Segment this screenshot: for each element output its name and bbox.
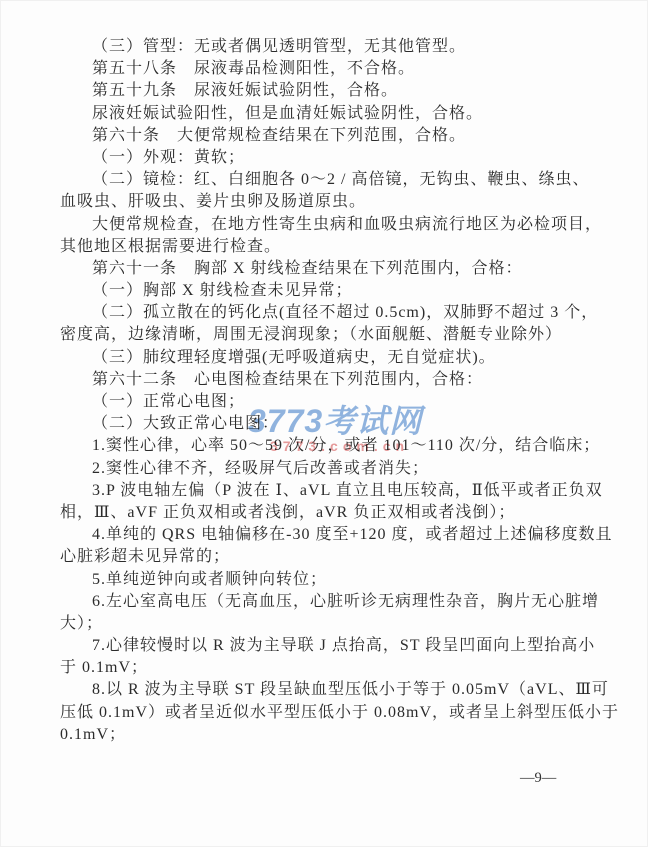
text-line: 其他地区根据需要进行检查。 bbox=[60, 236, 580, 258]
text-line: 第六十条 大便常规检查结果在下列范围，合格。 bbox=[60, 125, 580, 147]
text-line: 相，Ⅲ、aVF 正负双相或者浅倒，aVR 负正双相或者浅倒）； bbox=[60, 502, 580, 524]
page-number: —9— bbox=[520, 770, 590, 787]
text-line: 6.左心室高电压（无高血压，心脏听诊无病理性杂音，胸片无心脏增 bbox=[60, 591, 580, 613]
text-line: 于 0.1mV； bbox=[60, 657, 580, 679]
text-line: （三）肺纹理轻度增强(无呼吸道病史，无自觉症状)。 bbox=[60, 347, 580, 369]
text-line: 压低 0.1mV）或者呈近似水平型压低小于 0.08mV，或者呈上斜型压低小于 bbox=[60, 702, 580, 724]
text-line: （二）孤立散在的钙化点(直径不超过 0.5cm)，双肺野不超过 3 个， bbox=[60, 302, 580, 324]
text-line: 心脏彩超未见异常的； bbox=[60, 546, 580, 568]
text-line: 7.心律较慢时以 R 波为主导联 J 点抬高，ST 段呈凹面向上型抬高小 bbox=[60, 635, 580, 657]
text-line: 第五十九条 尿液妊娠试验阴性，合格。 bbox=[60, 80, 580, 102]
text-line: 第六十一条 胸部 X 射线检查结果在下列范围内，合格： bbox=[60, 258, 580, 280]
text-line: 大）； bbox=[60, 613, 580, 635]
text-line: 1.窦性心律，心率 50～59 次/分，或者 101～110 次/分，结合临床； bbox=[60, 435, 580, 457]
text-line: 3.P 波电轴左偏（P 波在 Ⅰ、aVL 直立且电压较高，Ⅱ低平或者正负双 bbox=[60, 480, 580, 502]
text-line: 密度高，边缘清晰，周围无浸润现象；（水面舰艇、潜艇专业除外） bbox=[60, 324, 580, 346]
text-line: 0.1mV； bbox=[60, 724, 580, 746]
text-line: 第五十八条 尿液毒品检测阳性，不合格。 bbox=[60, 58, 580, 80]
text-line: （二）镜检：红、白细胞各 0～2 / 高倍镜，无钩虫、鞭虫、绦虫、 bbox=[60, 169, 580, 191]
text-line: 4.单纯的 QRS 电轴偏移在-30 度至+120 度，或者超过上述偏移度数且 bbox=[60, 524, 580, 546]
text-line: 8.以 R 波为主导联 ST 段呈缺血型压低小于等于 0.05mV（aVL、Ⅲ可 bbox=[60, 679, 580, 701]
text-line: 尿液妊娠试验阳性，但是血清妊娠试验阴性，合格。 bbox=[60, 103, 580, 125]
document-page: （三）管型：无或者偶见透明管型，无其他管型。第五十八条 尿液毒品检测阳性，不合格… bbox=[0, 0, 648, 847]
text-line: （一）外观：黄软； bbox=[60, 147, 580, 169]
text-line: 大便常规检查，在地方性寄生虫病和血吸虫病流行地区为必检项目， bbox=[60, 214, 580, 236]
text-line: （一）正常心电图； bbox=[60, 391, 580, 413]
text-lines: （三）管型：无或者偶见透明管型，无其他管型。第五十八条 尿液毒品检测阳性，不合格… bbox=[60, 36, 580, 746]
text-line: （一）胸部 X 射线检查未见异常； bbox=[60, 280, 580, 302]
text-line: （三）管型：无或者偶见透明管型，无其他管型。 bbox=[60, 36, 580, 58]
text-line: 5.单纯逆钟向或者顺钟向转位； bbox=[60, 569, 580, 591]
text-line: 血吸虫、肝吸虫、姜片虫卵及肠道原虫。 bbox=[60, 191, 580, 213]
text-line: （二）大致正常心电图： bbox=[60, 413, 580, 435]
text-line: 第六十二条 心电图检查结果在下列范围内，合格： bbox=[60, 369, 580, 391]
text-line: 2.窦性心律不齐，经吸屏气后改善或者消失； bbox=[60, 458, 580, 480]
